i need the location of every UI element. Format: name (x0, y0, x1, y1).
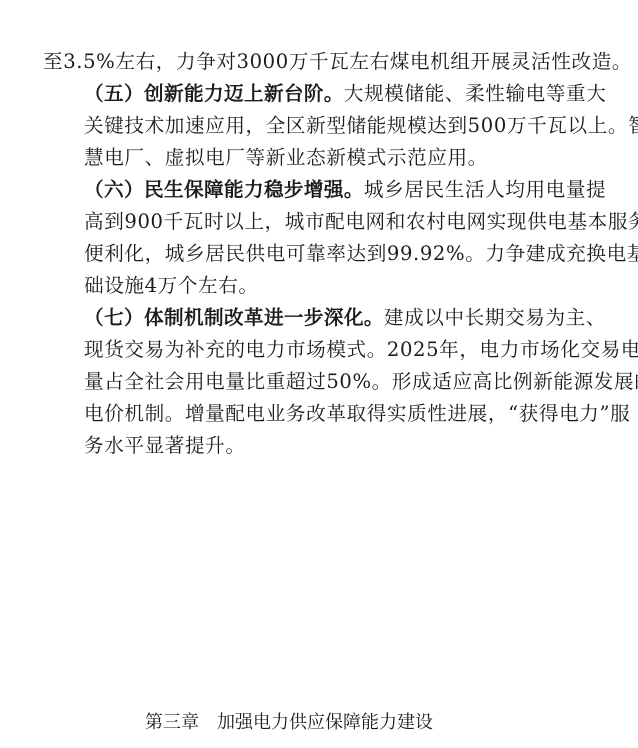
paragraph-lead-heading: （五）创新能力迈上新台阶。 (84, 82, 344, 105)
paragraph-continuation: 至3.5%左右，力争对3000万千瓦左右煤电机组开展灵活性改造。 (43, 46, 547, 78)
body-text: 至3.5%左右，力争对3000万千瓦左右煤电机组开展灵活性改造。 （五）创新能力… (43, 46, 547, 462)
text-line: 务水平显著提升。 (43, 430, 547, 462)
text-line: （五）创新能力迈上新台阶。大规模储能、柔性输电等重大 (43, 78, 547, 110)
text-line: 慧电厂、虚拟电厂等新业态新模式示范应用。 (43, 142, 547, 174)
chapter-heading: 第三章加强电力供应保障能力建设 (145, 710, 433, 736)
text-line: （六）民生保障能力稳步增强。城乡居民生活人均用电量提 (43, 174, 547, 206)
chapter-number: 第三章 (145, 712, 199, 733)
text-line: 电价机制。增量配电业务改革取得实质性进展，“获得电力”服 (43, 398, 547, 430)
text-run: 城乡居民生活人均用电量提 (364, 178, 606, 201)
chapter-title: 加强电力供应保障能力建设 (217, 712, 433, 733)
paragraph-lead-heading: （六）民生保障能力稳步增强。 (84, 178, 364, 201)
text-line: 至3.5%左右，力争对3000万千瓦左右煤电机组开展灵活性改造。 (43, 46, 547, 78)
text-run: 建成以中长期交易为主、 (384, 306, 606, 329)
text-line: 高到900千瓦时以上，城市配电网和农村电网实现供电基本服务 (43, 206, 547, 238)
paragraph-innovation: （五）创新能力迈上新台阶。大规模储能、柔性输电等重大 关键技术加速应用，全区新型… (43, 78, 547, 174)
text-line: 关键技术加速应用，全区新型储能规模达到500万千瓦以上。智 (43, 110, 547, 142)
paragraph-livelihood: （六）民生保障能力稳步增强。城乡居民生活人均用电量提 高到900千瓦时以上，城市… (43, 174, 547, 302)
text-line: （七）体制机制改革进一步深化。建成以中长期交易为主、 (43, 302, 547, 334)
document-page: 至3.5%左右，力争对3000万千瓦左右煤电机组开展灵活性改造。 （五）创新能力… (0, 0, 638, 748)
text-line: 现货交易为补充的电力市场模式。2025年，电力市场化交易电 (43, 334, 547, 366)
text-line: 便利化，城乡居民供电可靠率达到99.92%。力争建成充换电基 (43, 238, 547, 270)
text-run: 大规模储能、柔性输电等重大 (344, 82, 607, 105)
paragraph-reform: （七）体制机制改革进一步深化。建成以中长期交易为主、 现货交易为补充的电力市场模… (43, 302, 547, 462)
text-line: 量占全社会用电量比重超过50%。形成适应高比例新能源发展的 (43, 366, 547, 398)
paragraph-lead-heading: （七）体制机制改革进一步深化。 (84, 306, 384, 329)
text-line: 础设施4万个左右。 (43, 270, 547, 302)
